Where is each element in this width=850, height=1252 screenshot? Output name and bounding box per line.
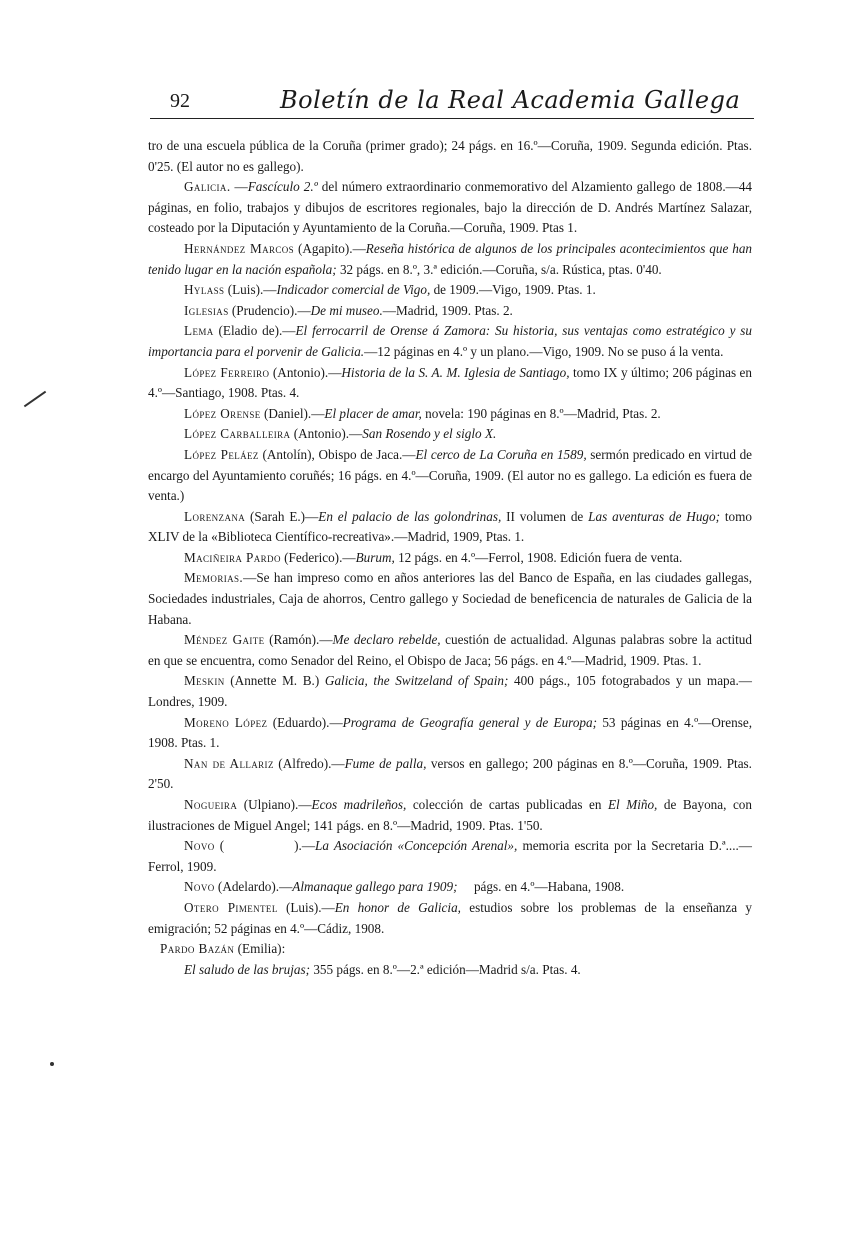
entry-nogueira: Nogueira (Ulpiano).—Ecos madrileños, col…	[148, 795, 752, 836]
entry-author: Galicia.	[184, 179, 231, 194]
entry-title: Almanaque gallego para 1909;	[292, 879, 457, 894]
entry-lema: Lema (Eladio de).—El ferrocarril de Oren…	[148, 321, 752, 362]
entry-title: El cerco de La Coruña en 1589,	[415, 447, 586, 462]
entry-author: Otero Pimentel	[184, 900, 278, 915]
entry-author: Pardo Bazán	[160, 941, 234, 956]
entry-title: De mi museo.	[311, 303, 383, 318]
entry-author: Hylass	[184, 282, 224, 297]
entry-title: La Asociación «Concepción Arenal»,	[315, 838, 517, 853]
entry-title: Fume de palla,	[345, 756, 427, 771]
entry-lopez-pelaez: López Peláez (Antolín), Obispo de Jaca.—…	[148, 445, 752, 507]
entry-author: López Carballeira	[184, 426, 290, 441]
entry-title: Programa de Geografía general y de Europ…	[343, 715, 597, 730]
entry-title: Galicia, the Switzeland of Spain;	[325, 673, 508, 688]
entry-author: Lema	[184, 323, 214, 338]
entry-author: Iglesias	[184, 303, 229, 318]
scanned-page: 92 Boletín de la Real Academia Gallega t…	[0, 0, 850, 1252]
entry-otero-pimentel: Otero Pimentel (Luis).—En honor de Galic…	[148, 898, 752, 939]
entry-lopez-ferreiro: López Ferreiro (Antonio).—Historia de la…	[148, 363, 752, 404]
entry-title: En honor de Galicia,	[335, 900, 461, 915]
entry-meskin: Meskin (Annette M. B.) Galicia, the Swit…	[148, 671, 752, 712]
entry-memorias: Memorias.—Se han impreso como en años an…	[148, 568, 752, 630]
margin-mark	[24, 391, 46, 408]
entry-moreno-lopez: Moreno López (Eduardo).—Programa de Geog…	[148, 713, 752, 754]
entry-author: Méndez Gaite	[184, 632, 265, 647]
entry-title: El placer de amar,	[324, 406, 421, 421]
entry-mendez-gaite: Méndez Gaite (Ramón).—Me declaro rebelde…	[148, 630, 752, 671]
entry-nan-de-allariz: Nan de Allariz (Alfredo).—Fume de palla,…	[148, 754, 752, 795]
entry-pardo-bazan: Pardo Bazán (Emilia):	[148, 939, 752, 960]
page-header: 92 Boletín de la Real Academia Gallega	[146, 86, 752, 120]
entry-author: Maciñeira Pardo	[184, 550, 281, 565]
entry-author: López Orense	[184, 406, 261, 421]
entry-iglesias: Iglesias (Prudencio).—De mi museo.—Madri…	[148, 301, 752, 322]
entry-novo-blank: Novo ().—La Asociación «Concepción Arena…	[148, 836, 752, 877]
entry-author: López Peláez	[184, 447, 259, 462]
entry-hernandez-marcos: Hernández Marcos (Agapito).—Reseña histó…	[148, 239, 752, 280]
entry-author: Meskin	[184, 673, 225, 688]
entry-title: Indicador comercial de Vigo,	[276, 282, 430, 297]
entry-title: Fascículo 2.º	[248, 179, 318, 194]
entry-title: Burum,	[356, 550, 395, 565]
header-rule	[150, 118, 754, 119]
bibliography-list: tro de una escuela pública de la Coruña …	[148, 136, 752, 980]
entry-macineira-pardo: Maciñeira Pardo (Federico).—Burum, 12 pá…	[148, 548, 752, 569]
entry-title: Ecos madrileños,	[312, 797, 407, 812]
page-number: 92	[170, 90, 190, 113]
entry-author: Hernández Marcos	[184, 241, 294, 256]
entry-author: López Ferreiro	[184, 365, 269, 380]
entry-author: Lorenzana	[184, 509, 245, 524]
running-title: Boletín de la Real Academia Gallega	[280, 86, 740, 114]
entry-title-secondary: El Miño,	[608, 797, 657, 812]
entry-novo-adelardo: Novo (Adelardo).—Almanaque gallego para …	[148, 877, 752, 898]
entry-title: El saludo de las brujas;	[184, 962, 310, 977]
entry-title-secondary: Las aventuras de Hugo;	[588, 509, 720, 524]
entry-title: San Rosendo y el siglo X.	[362, 426, 496, 441]
entry-lopez-orense: López Orense (Daniel).—El placer de amar…	[148, 404, 752, 425]
entry-lopez-carballeira: López Carballeira (Antonio).—San Rosendo…	[148, 424, 752, 445]
entry-continuation: tro de una escuela pública de la Coruña …	[148, 136, 752, 177]
entry-author: Moreno López	[184, 715, 267, 730]
entry-lorenzana: Lorenzana (Sarah E.)—En el palacio de la…	[148, 507, 752, 548]
entry-pardo-bazan-work: El saludo de las brujas; 355 págs. en 8.…	[148, 960, 752, 981]
entry-author: Novo	[184, 879, 215, 894]
entry-galicia: Galicia. —Fascículo 2.º del número extra…	[148, 177, 752, 239]
entry-title: Me declaro rebelde,	[333, 632, 441, 647]
entry-author: Nan de Allariz	[184, 756, 274, 771]
entry-author: Nogueira	[184, 797, 237, 812]
margin-dot	[50, 1062, 54, 1066]
entry-hylass: Hylass (Luis).—Indicador comercial de Vi…	[148, 280, 752, 301]
entry-author: Memorias.	[184, 570, 243, 585]
entry-author: Novo	[184, 838, 215, 853]
entry-title: En el palacio de las golondrinas,	[318, 509, 501, 524]
entry-title: Historia de la S. A. M. Iglesia de Santi…	[341, 365, 569, 380]
